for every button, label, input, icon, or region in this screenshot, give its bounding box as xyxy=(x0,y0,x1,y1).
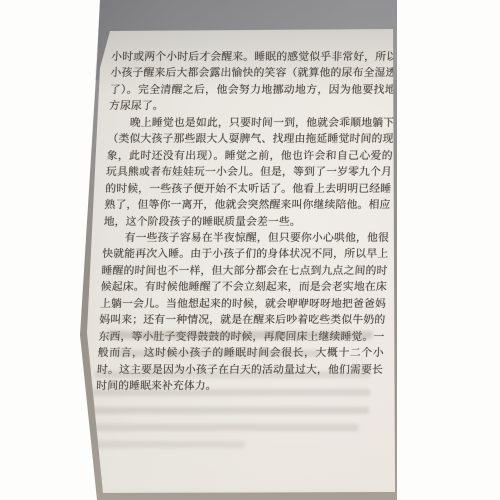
bleed-through-line xyxy=(84,441,244,448)
paragraph-continued: 小时或两个小时后才会醒来。睡眠的感觉似乎非常好，所以小孩子醒来后大都会露出愉快的… xyxy=(109,49,398,115)
bleed-through-line xyxy=(89,407,369,414)
bleed-through-line xyxy=(106,331,372,339)
paragraph-waking: 有一些孩子容易在半夜惊醒，但只要你小心哄他，他很快就能再次入睡。由于小孩子们的身… xyxy=(96,230,389,395)
book-page: 第五章小习惯，大健康——父母必须注意的教养习惯79 小时或两个小时后才会醒来。睡… xyxy=(0,0,500,500)
paragraph-night-sleep: 晚上睡觉也是如此，只要时间一到，他就会乖顺地躺下（类似大孩子那些跟大人耍脾气、找… xyxy=(103,115,394,230)
book-photo: 第五章小习惯，大健康——父母必须注意的教养习惯79 小时或两个小时后才会醒来。睡… xyxy=(0,0,500,500)
page-content: 第五章小习惯，大健康——父母必须注意的教养习惯79 小时或两个小时后才会醒来。睡… xyxy=(0,0,500,500)
bleed-through-line xyxy=(95,371,371,378)
bleed-through-line xyxy=(92,389,370,396)
bleed-through-line xyxy=(86,424,358,431)
body-text: 小时或两个小时后才会醒来。睡眠的感觉似乎非常好，所以小孩子醒来后大都会露出愉快的… xyxy=(96,49,398,395)
bleed-through-line xyxy=(114,350,319,357)
